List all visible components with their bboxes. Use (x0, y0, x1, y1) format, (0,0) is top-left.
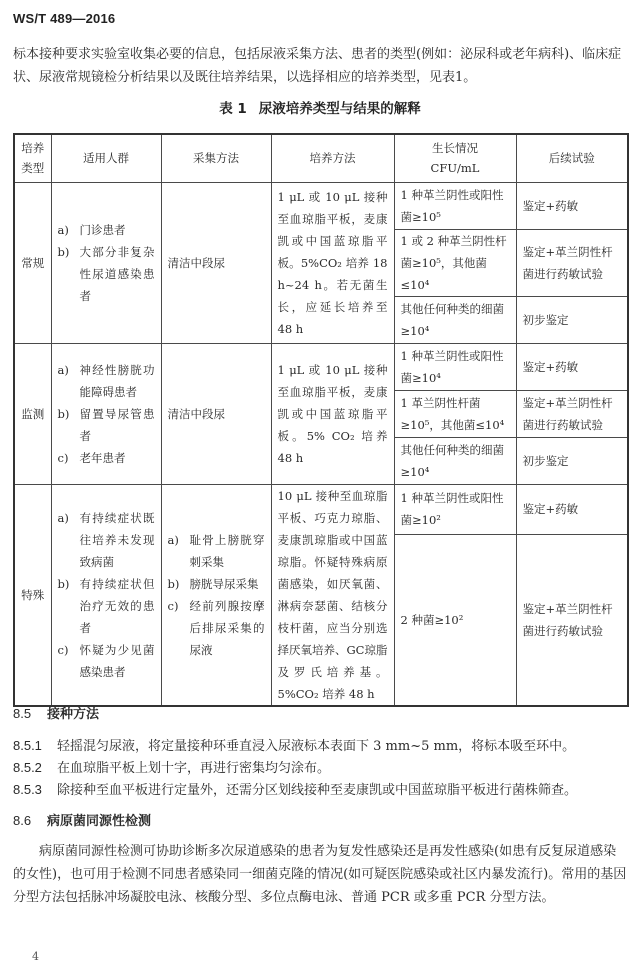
collection-item: c)经前列腺按摩后排尿采集的尿液 (168, 595, 265, 661)
list-text: 留置导尿管患者 (80, 403, 155, 447)
section-title: 病原菌同源性检测 (47, 814, 151, 829)
growth-cell: 1 种革兰阴性或阳性菌≥10⁵ (394, 182, 516, 229)
followup-cell: 鉴定+革兰阴性杆菌进行药敏试验 (516, 390, 628, 437)
list-text: 神经性膀胱功能障碍患者 (80, 359, 155, 403)
culture-method-cell: 1 μL 或 10 μL 接种至血琼脂平板，麦康凯或中国蓝琼脂平板。5% CO₂… (271, 343, 394, 484)
followup-cell: 鉴定+革兰阴性杆菌进行药敏试验 (516, 535, 628, 706)
clause-number: 8.5.3 (13, 782, 57, 797)
section-number: 8.5 (13, 706, 47, 721)
header-growth-label: 生长情况 (401, 138, 510, 158)
list-text: 大部分非复杂性尿道感染患者 (80, 241, 155, 307)
table-header-row: 培养类型 适用人群 采集方法 培养方法 生长情况CFU/mL 后续试验 (14, 134, 628, 182)
clause-8-5-2: 8.5.2在血琼脂平板上划十字，再进行密集均匀涂布。 (13, 757, 627, 776)
followup-cell: 鉴定+药敏 (516, 484, 628, 535)
population-item: a)门诊患者 (58, 219, 155, 241)
section-heading-8-5: 8.5接种方法 (13, 703, 99, 722)
page-number: 4 (32, 950, 39, 963)
growth-cell: 1 种革兰阴性或阳性菌≥10² (394, 484, 516, 535)
followup-cell: 鉴定+革兰阴性杆菌进行药敏试验 (516, 229, 628, 296)
header-culture-method: 培养方法 (271, 134, 394, 182)
population-item: c)怀疑为少见菌感染患者 (58, 639, 155, 683)
clause-text: 除接种至血平板进行定量外，还需分区划线接种至麦康凯或中国蓝琼脂平板进行菌株筛查。 (57, 783, 577, 798)
header-population: 适用人群 (51, 134, 161, 182)
culture-type-cell: 常规 (14, 182, 51, 343)
list-marker: a) (58, 507, 80, 573)
list-marker: c) (58, 447, 80, 469)
clause-number: 8.5.1 (13, 738, 57, 753)
header-collection: 采集方法 (161, 134, 271, 182)
followup-cell: 鉴定+药敏 (516, 182, 628, 229)
collection-item: b)膀胱导尿采集 (168, 573, 265, 595)
growth-cell: 1 种革兰阴性或阳性菌≥10⁴ (394, 343, 516, 390)
culture-type-cell: 监测 (14, 343, 51, 484)
population-item: b)有持续症状但治疗无效的患者 (58, 573, 155, 639)
header-growth: 生长情况CFU/mL (394, 134, 516, 182)
collection-cell: 清洁中段尿 (161, 343, 271, 484)
table-row: 特殊 a)有持续症状既往培养未发现致病菌 b)有持续症状但治疗无效的患者 c)怀… (14, 484, 628, 535)
list-marker: b) (168, 573, 190, 595)
clause-number: 8.5.2 (13, 760, 57, 775)
table-row: 监测 a)神经性膀胱功能障碍患者 b)留置导尿管患者 c)老年患者 清洁中段尿 … (14, 343, 628, 390)
list-text: 老年患者 (80, 447, 155, 469)
section-heading-8-6: 8.6病原菌同源性检测 (13, 810, 151, 829)
growth-cell: 其他任何种类的细菌≥10⁴ (394, 296, 516, 343)
header-followup: 后续试验 (516, 134, 628, 182)
list-marker: b) (58, 241, 80, 307)
section-8-6-paragraph: 病原菌同源性检测可协助诊断多次尿道感染的患者为复发性感染还是再发性感染(如患有反… (13, 840, 627, 909)
list-text: 经前列腺按摩后排尿采集的尿液 (190, 595, 265, 661)
list-text: 有持续症状既往培养未发现致病菌 (80, 507, 155, 573)
population-cell: a)门诊患者 b)大部分非复杂性尿道感染患者 (51, 182, 161, 343)
clause-text: 轻摇混匀尿液，将定量接种环垂直浸入尿液标本表面下 3 mm~5 mm，将标本吸至… (57, 739, 575, 754)
list-text: 膀胱导尿采集 (190, 573, 265, 595)
clause-8-5-3: 8.5.3除接种至血平板进行定量外，还需分区划线接种至麦康凯或中国蓝琼脂平板进行… (13, 779, 627, 798)
growth-cell: 2 种菌≥10² (394, 535, 516, 706)
list-text: 耻骨上膀胱穿刺采集 (190, 529, 265, 573)
population-cell: a)神经性膀胱功能障碍患者 b)留置导尿管患者 c)老年患者 (51, 343, 161, 484)
followup-cell: 初步鉴定 (516, 296, 628, 343)
header-culture-type: 培养类型 (14, 134, 51, 182)
collection-cell: 清洁中段尿 (161, 182, 271, 343)
clause-8-5-1: 8.5.1轻摇混匀尿液，将定量接种环垂直浸入尿液标本表面下 3 mm~5 mm，… (13, 735, 627, 754)
collection-cell: a)耻骨上膀胱穿刺采集 b)膀胱导尿采集 c)经前列腺按摩后排尿采集的尿液 (161, 484, 271, 706)
culture-type-cell: 特殊 (14, 484, 51, 706)
culture-method-cell: 1 μL 或 10 μL 接种至血琼脂平板，麦康凯或中国蓝琼脂平板。5%CO₂ … (271, 182, 394, 343)
list-text: 怀疑为少见菌感染患者 (80, 639, 155, 683)
section-title: 接种方法 (47, 707, 99, 722)
document-code: WS/T 489—2016 (13, 11, 115, 26)
list-marker: a) (58, 359, 80, 403)
growth-cell: 1 或 2 种革兰阴性杆菌≥10⁵，其他菌≤10⁴ (394, 229, 516, 296)
intro-paragraph: 标本接种要求实验室收集必要的信息，包括尿液采集方法、患者的类型(例如：泌尿科或老… (13, 43, 627, 89)
population-item: a)神经性膀胱功能障碍患者 (58, 359, 155, 403)
table-caption-title: 尿液培养类型与结果的解释 (259, 101, 421, 117)
table-row: 常规 a)门诊患者 b)大部分非复杂性尿道感染患者 清洁中段尿 1 μL 或 1… (14, 182, 628, 229)
list-marker: a) (58, 219, 80, 241)
collection-item: a)耻骨上膀胱穿刺采集 (168, 529, 265, 573)
list-text: 门诊患者 (80, 219, 155, 241)
table-caption-number: 表 1 (219, 101, 247, 117)
culture-types-table: 培养类型 适用人群 采集方法 培养方法 生长情况CFU/mL 后续试验 常规 a… (13, 133, 629, 707)
list-marker: b) (58, 403, 80, 447)
list-text: 有持续症状但治疗无效的患者 (80, 573, 155, 639)
header-growth-unit: CFU/mL (401, 158, 510, 178)
list-marker: b) (58, 573, 80, 639)
list-marker: c) (58, 639, 80, 683)
list-marker: c) (168, 595, 190, 661)
growth-cell: 1 革兰阴性杆菌≥10⁵，其他菌≤10⁴ (394, 390, 516, 437)
followup-cell: 鉴定+药敏 (516, 343, 628, 390)
population-item: b)留置导尿管患者 (58, 403, 155, 447)
population-item: b)大部分非复杂性尿道感染患者 (58, 241, 155, 307)
population-item: a)有持续症状既往培养未发现致病菌 (58, 507, 155, 573)
population-cell: a)有持续症状既往培养未发现致病菌 b)有持续症状但治疗无效的患者 c)怀疑为少… (51, 484, 161, 706)
clause-text: 在血琼脂平板上划十字，再进行密集均匀涂布。 (57, 761, 330, 776)
list-marker: a) (168, 529, 190, 573)
culture-method-cell: 10 μL 接种至血琼脂平板、巧克力琼脂、麦康凯琼脂或中国蓝琼脂。怀疑特殊病原菌… (271, 484, 394, 706)
growth-cell: 其他任何种类的细菌≥10⁴ (394, 437, 516, 484)
followup-cell: 初步鉴定 (516, 437, 628, 484)
section-number: 8.6 (13, 813, 47, 828)
population-item: c)老年患者 (58, 447, 155, 469)
table-caption: 表 1尿液培养类型与结果的解释 (0, 97, 640, 117)
